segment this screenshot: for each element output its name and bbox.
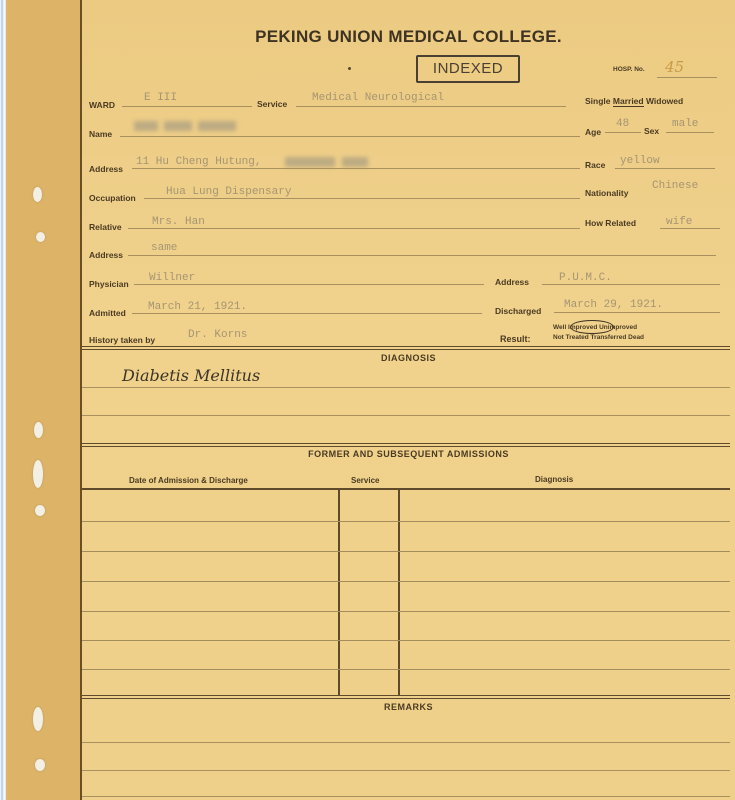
history-taken-by-label: History taken by: [89, 335, 155, 345]
marital-single: Single: [585, 96, 611, 106]
race-value: yellow: [620, 155, 660, 167]
rule: [666, 132, 714, 133]
rule: [120, 136, 580, 137]
redacted-name: [164, 121, 192, 131]
sex-value: male: [672, 118, 698, 130]
rule: [542, 284, 720, 285]
rule: [144, 198, 580, 199]
rule: [82, 770, 730, 771]
rule: [605, 132, 641, 133]
table-row: [82, 611, 730, 612]
column-divider: [338, 489, 340, 695]
rule: [128, 228, 580, 229]
marital-married-selected: Married: [613, 96, 644, 107]
remarks-title: REMARKS: [82, 702, 735, 712]
form-title: PEKING UNION MEDICAL COLLEGE.: [82, 27, 735, 47]
rule: [657, 77, 717, 78]
occupation-value: Hua Lung Dispensary: [166, 186, 291, 198]
address-value: 11 Hu Cheng Hutung,: [136, 156, 261, 168]
punch-hole: [35, 505, 45, 516]
redacted-address: [285, 157, 335, 167]
rule: [82, 742, 730, 743]
rule: [132, 313, 482, 314]
admitted-value: March 21, 1921.: [148, 301, 247, 313]
rule: [82, 387, 730, 388]
history-taken-by-value: Dr. Korns: [188, 329, 247, 341]
column-header-service: Service: [351, 476, 379, 485]
nationality-label: Nationality: [585, 188, 628, 198]
occupation-label: Occupation: [89, 193, 136, 203]
relative-address-value: same: [151, 242, 177, 254]
punch-hole: [33, 187, 42, 202]
result-improved-circle: [570, 320, 614, 334]
result-label: Result:: [500, 334, 531, 344]
section-divider: [82, 346, 730, 350]
redacted-address: [342, 157, 368, 167]
rule: [82, 796, 730, 797]
rule: [128, 255, 716, 256]
column-header-diagnosis: Diagnosis: [535, 475, 573, 484]
admitted-label: Admitted: [89, 308, 126, 318]
physician-address-label: Address: [495, 277, 529, 287]
redacted-name: [134, 121, 158, 131]
ward-value: E III: [144, 92, 177, 104]
relative-value: Mrs. Han: [152, 216, 205, 228]
sex-label: Sex: [644, 126, 659, 136]
punch-hole: [34, 422, 43, 438]
discharged-label: Discharged: [495, 306, 541, 316]
ward-label: WARD: [89, 100, 115, 110]
admissions-title: FORMER AND SUBSEQUENT ADMISSIONS: [82, 449, 735, 459]
table-row: [82, 669, 730, 670]
rule: [132, 168, 580, 169]
address-label: Address: [89, 164, 123, 174]
rule: [615, 168, 715, 169]
how-related-value: wife: [666, 216, 692, 228]
section-divider: [82, 443, 730, 447]
relative-label: Relative: [89, 222, 122, 232]
rule: [296, 106, 566, 107]
service-value: Medical Neurological: [312, 92, 444, 104]
rule: [82, 415, 730, 416]
rule: [122, 106, 252, 107]
punch-hole: [36, 232, 45, 242]
age-label: Age: [585, 127, 601, 137]
ink-dot: [348, 67, 351, 70]
hosp-no-label: HOSP. No.: [613, 66, 645, 73]
age-value: 48: [616, 118, 629, 130]
result-options-line2: Not Treated Transferred Dead: [553, 334, 644, 341]
punch-hole: [33, 707, 43, 731]
punch-hole: [35, 759, 45, 771]
service-label: Service: [257, 99, 287, 109]
rule: [660, 228, 720, 229]
table-row: [82, 521, 730, 522]
physician-label: Physician: [89, 279, 129, 289]
binding-margin: [6, 0, 82, 800]
table-row: [82, 551, 730, 552]
physician-value: Willner: [149, 272, 195, 284]
medical-record-form: PEKING UNION MEDICAL COLLEGE. INDEXED HO…: [82, 0, 735, 800]
race-label: Race: [585, 160, 605, 170]
diagnosis-title: DIAGNOSIS: [82, 353, 735, 363]
relative-address-label: Address: [89, 250, 123, 260]
column-header-date: Date of Admission & Discharge: [129, 476, 248, 485]
rule: [134, 284, 484, 285]
table-row: [82, 640, 730, 641]
marital-status-options: Single Married Widowed: [585, 96, 683, 106]
indexed-stamp: INDEXED: [416, 55, 520, 83]
discharged-value: March 29, 1921.: [564, 299, 663, 311]
section-divider: [82, 695, 730, 699]
name-label: Name: [89, 129, 112, 139]
table-header-line: [82, 488, 730, 490]
column-divider: [398, 489, 400, 695]
how-related-label: How Related: [585, 218, 636, 228]
rule: [554, 312, 720, 313]
marital-widowed: Widowed: [646, 96, 683, 106]
table-row: [82, 581, 730, 582]
diagnosis-text: Diabetis Mellitus: [122, 366, 260, 385]
redacted-name: [198, 121, 236, 131]
hosp-no-value: 45: [665, 58, 684, 76]
physician-address-value: P.U.M.C.: [559, 272, 612, 284]
nationality-value: Chinese: [652, 180, 698, 192]
punch-hole: [33, 460, 43, 488]
